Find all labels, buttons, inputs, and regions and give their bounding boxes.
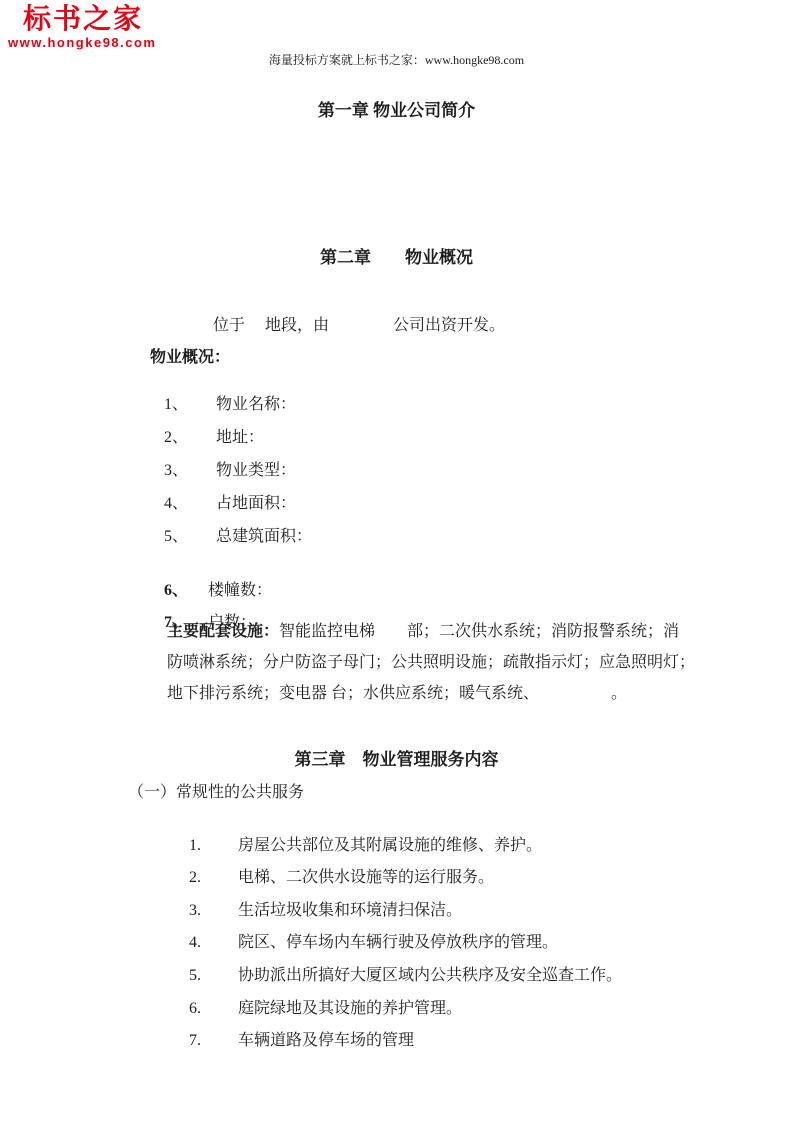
facilities-label: 主要配套设施： <box>167 623 279 640</box>
chapter2-title: 第二章 物业概况 <box>0 243 793 268</box>
chapter2-intro: 位于 地段，由 公司出资开发。 <box>213 312 505 335</box>
overview-label: 物业概况： <box>150 344 230 367</box>
chapter3-title: 第三章 物业管理服务内容 <box>0 745 793 770</box>
chapter1-title: 第一章 物业公司简介 <box>0 96 793 121</box>
facilities-paragraph: 主要配套设施：智能监控电梯 部；二次供水系统；消防报警系统；消 防喷淋系统；分户… <box>167 616 695 709</box>
item-label: 总建筑面积： <box>216 528 312 545</box>
facilities-line-1: 主要配套设施：智能监控电梯 部；二次供水系统；消防报警系统；消 <box>167 616 695 647</box>
item-number: 7. <box>189 1032 238 1050</box>
document-page: 标书之家 www.hongke98.com 海量投标方案就上标书之家：www.h… <box>0 0 793 1122</box>
logo: 标书之家 www.hongke98.com <box>8 5 157 49</box>
facilities-text: 智能监控电梯 部；二次供水系统；消防报警系统；消 <box>279 623 679 640</box>
header-tagline: 海量投标方案就上标书之家：www.hongke98.com <box>0 51 793 68</box>
logo-title: 标书之家 <box>23 5 157 33</box>
facilities-line-2: 防喷淋系统；分户防盗子母门；公共照明设施；疏散指示灯；应急照明灯； <box>167 647 695 678</box>
section-label: （一）常规性的公共服务 <box>128 779 304 802</box>
item-text: 车辆道路及停车场的管理 <box>238 1032 414 1049</box>
logo-url: www.hongke98.com <box>8 36 157 49</box>
item-number: 5、 <box>164 523 216 546</box>
facilities-line-3: 地下排污系统；变电器 台；水供应系统；暖气系统、 。 <box>167 678 695 709</box>
overview-item-5: 5、总建筑面积： <box>148 505 312 564</box>
service-item-7: 7.车辆道路及停车场的管理 <box>173 1009 414 1068</box>
